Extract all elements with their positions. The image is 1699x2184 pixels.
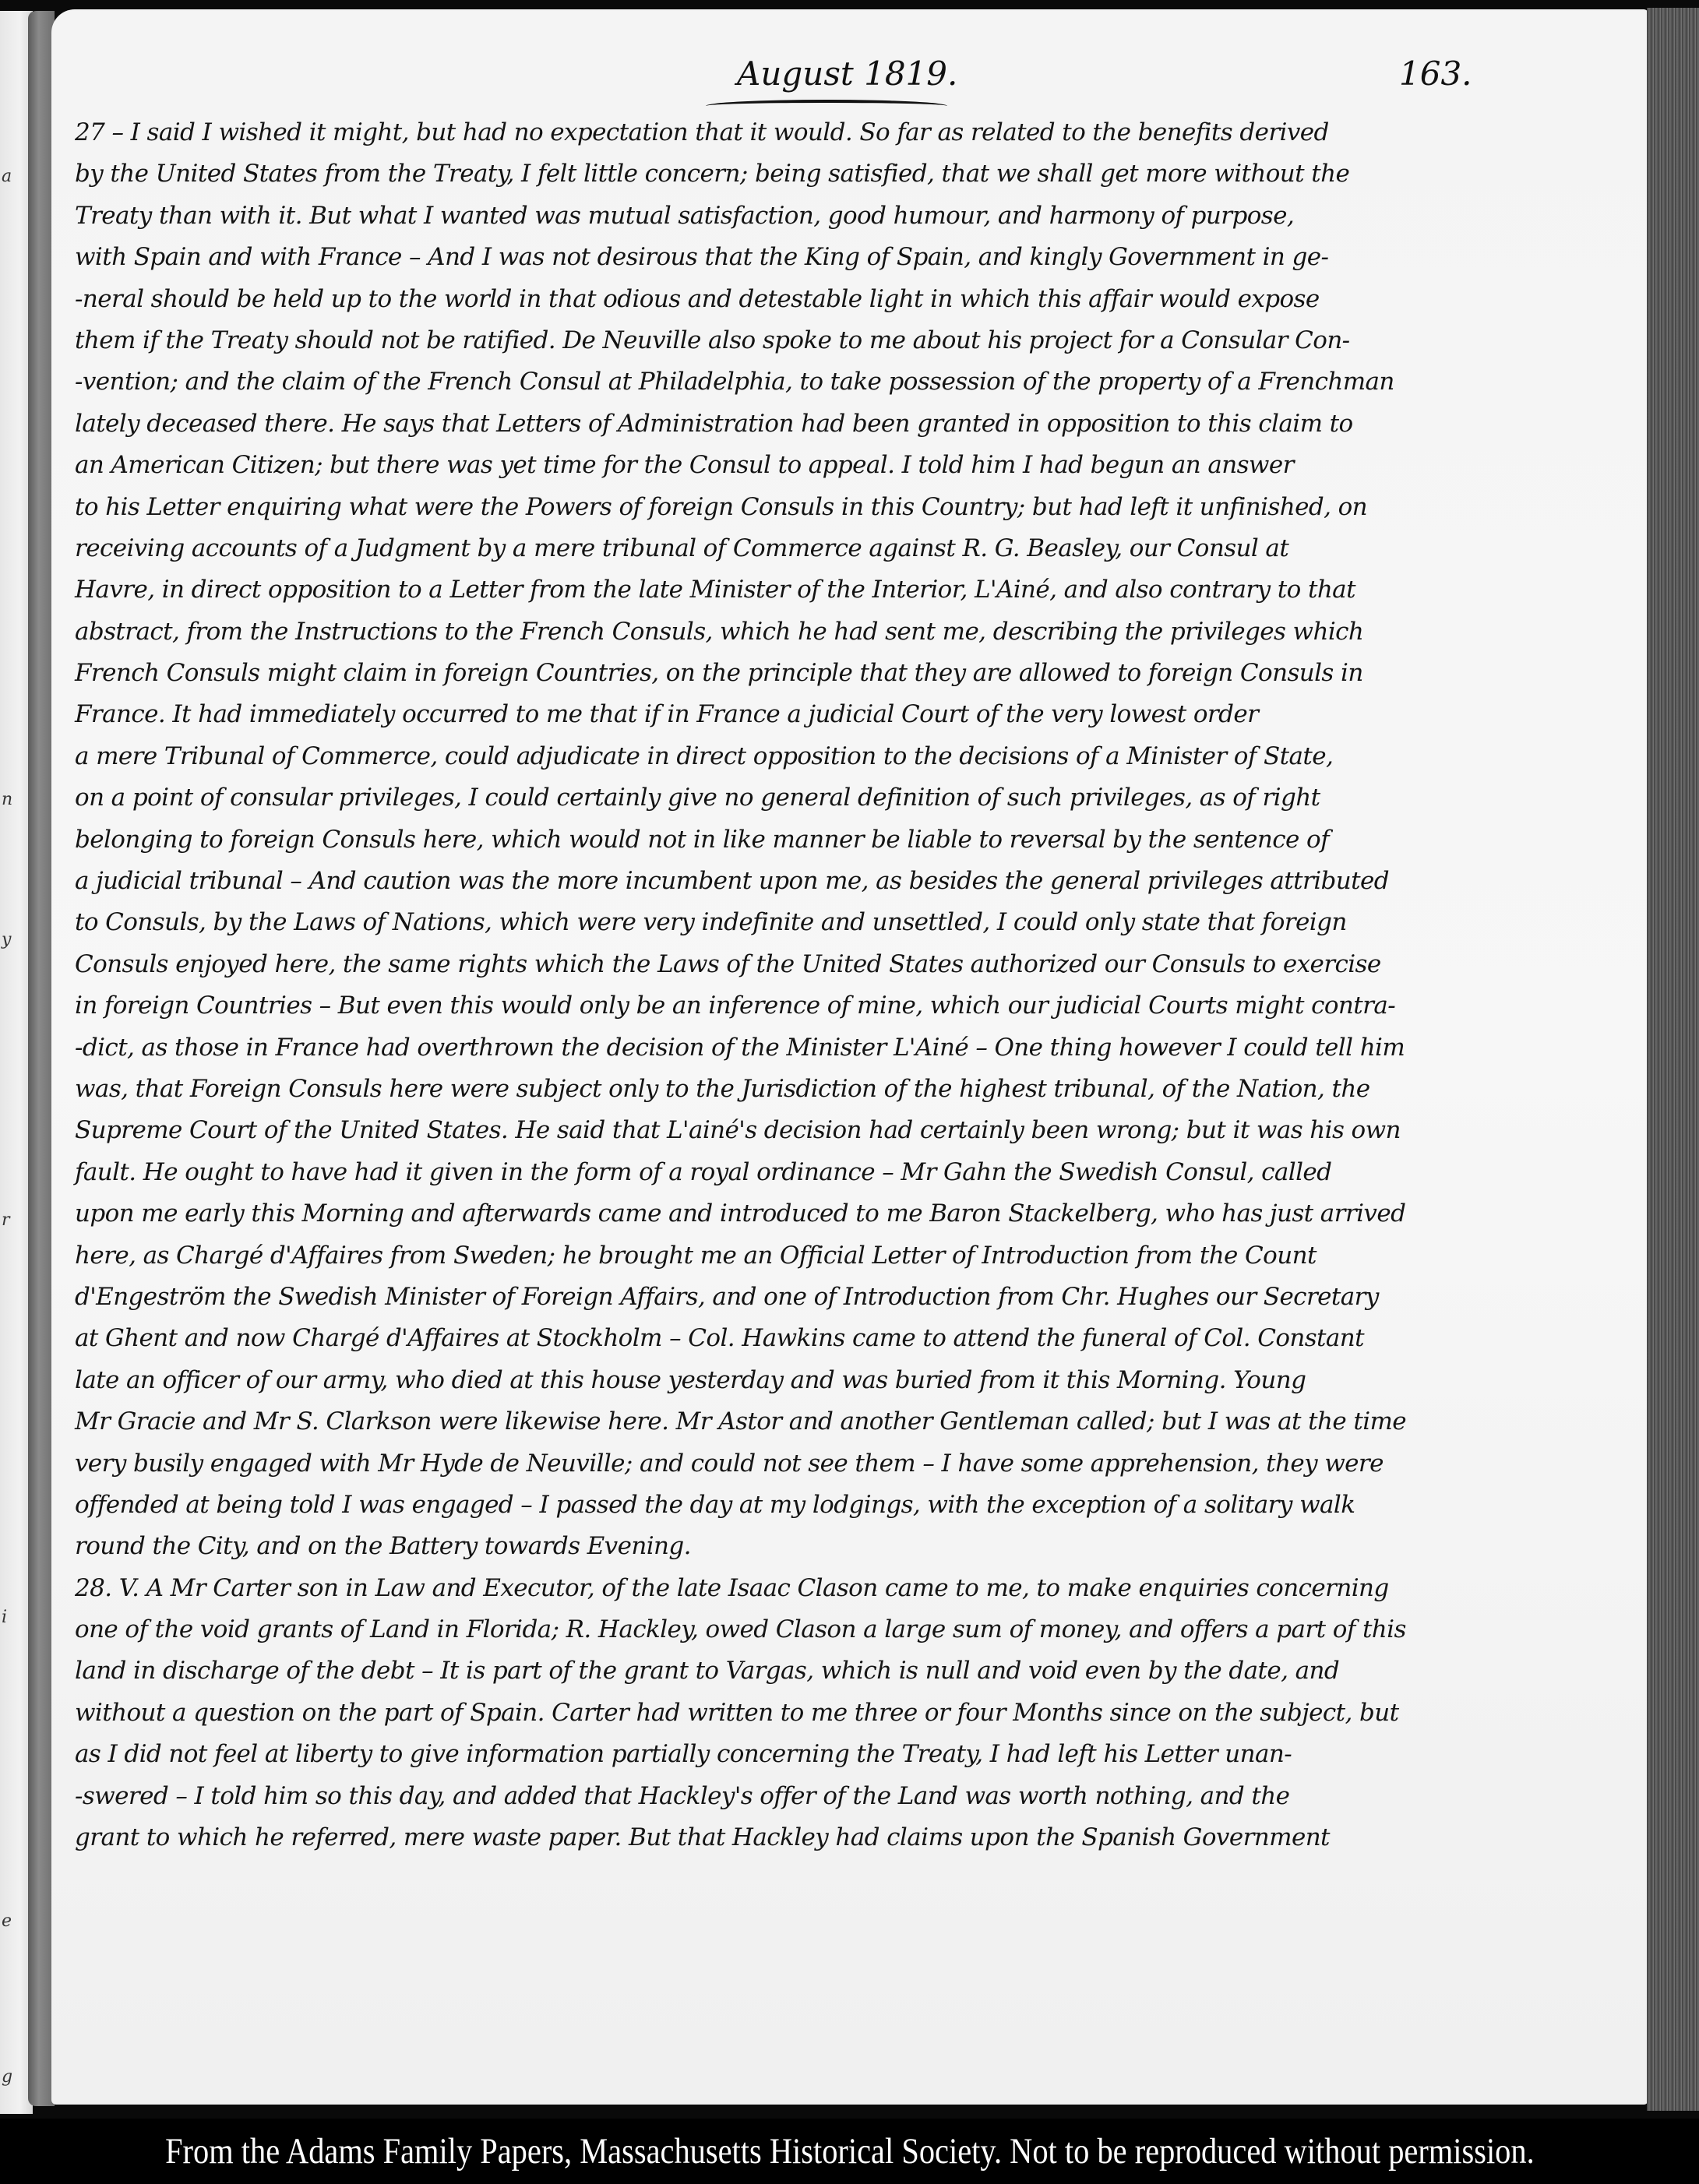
page-header: August 1819. 163. <box>51 55 1648 109</box>
margin-fragment: y <box>2 930 11 949</box>
text-line: Mr Gracie and Mr S. Clarkson were likewi… <box>75 1401 1633 1442</box>
text-line: Consuls enjoyed here, the same rights wh… <box>75 944 1633 985</box>
text-line: was, that Foreign Consuls here were subj… <box>75 1069 1633 1110</box>
margin-fragment: i <box>2 1608 7 1627</box>
text-line: offended at being told I was engaged – I… <box>75 1485 1633 1526</box>
text-line: on a point of consular privileges, I cou… <box>75 777 1633 819</box>
text-line: lately deceased there. He says that Lett… <box>75 403 1633 445</box>
text-line: at Ghent and now Chargé d'Affaires at St… <box>75 1318 1633 1359</box>
text-line: in foreign Countries – But even this wou… <box>75 985 1633 1027</box>
text-line: abstract, from the Instructions to the F… <box>75 611 1633 653</box>
text-line: upon me early this Morning and afterward… <box>75 1193 1633 1235</box>
manuscript-scan: a n y r i e g August 1819. 163. 27 – I s… <box>0 0 1699 2119</box>
text-line: a mere Tribunal of Commerce, could adjud… <box>75 736 1633 777</box>
text-line: receiving accounts of a Judgment by a me… <box>75 528 1633 569</box>
text-line: late an officer of our army, who died at… <box>75 1360 1633 1401</box>
page-stack-edge <box>1647 8 1699 2111</box>
text-line: them if the Treaty should not be ratifie… <box>75 320 1633 361</box>
text-line: by the United States from the Treaty, I … <box>75 153 1633 195</box>
text-line: Supreme Court of the United States. He s… <box>75 1110 1633 1151</box>
copyright-caption: From the Adams Family Papers, Massachuse… <box>165 2130 1535 2172</box>
text-line: with Spain and with France – And I was n… <box>75 237 1633 278</box>
text-line: Havre, in direct opposition to a Letter … <box>75 569 1633 611</box>
margin-fragment: g <box>2 2067 12 2087</box>
margin-fragment: n <box>2 790 12 809</box>
text-line: one of the void grants of Land in Florid… <box>75 1609 1633 1650</box>
text-line: -vention; and the claim of the French Co… <box>75 361 1633 403</box>
margin-fragment: r <box>2 1210 10 1230</box>
text-line: here, as Chargé d'Affaires from Sweden; … <box>75 1235 1633 1277</box>
text-line: d'Engeström the Swedish Minister of Fore… <box>75 1277 1633 1318</box>
text-line: an American Citizen; but there was yet t… <box>75 445 1633 486</box>
text-line: -swered – I told him so this day, and ad… <box>75 1776 1633 1817</box>
text-line: grant to which he referred, mere waste p… <box>75 1817 1633 1858</box>
text-line: France. It had immediately occurred to m… <box>75 694 1633 735</box>
page-number: 163. <box>1399 55 1472 93</box>
margin-fragment: a <box>2 167 12 186</box>
text-line: a judicial tribunal – And caution was th… <box>75 861 1633 902</box>
text-line: very busily engaged with Mr Hyde de Neuv… <box>75 1443 1633 1485</box>
text-line: -neral should be held up to the world in… <box>75 279 1633 320</box>
text-line: -dict, as those in France had overthrown… <box>75 1027 1633 1069</box>
copyright-caption-bar: From the Adams Family Papers, Massachuse… <box>0 2119 1699 2184</box>
text-line: without a question on the part of Spain.… <box>75 1693 1633 1734</box>
text-line: Treaty than with it. But what I wanted w… <box>75 196 1633 237</box>
date-underline-flourish <box>706 100 947 112</box>
text-line: French Consuls might claim in foreign Co… <box>75 653 1633 694</box>
text-line-entry-27: 27 – I said I wished it might, but had n… <box>75 112 1633 153</box>
book-gutter <box>28 11 55 2106</box>
manuscript-text: 27 – I said I wished it might, but had n… <box>75 112 1633 1858</box>
page-date-heading: August 1819. <box>737 55 957 93</box>
text-line: to Consuls, by the Laws of Nations, whic… <box>75 902 1633 943</box>
text-line: fault. He ought to have had it given in … <box>75 1152 1633 1193</box>
text-line: belonging to foreign Consuls here, which… <box>75 819 1633 861</box>
text-line: to his Letter enquiring what were the Po… <box>75 487 1633 528</box>
text-line-entry-28: 28. V. A Mr Carter son in Law and Execut… <box>75 1568 1633 1609</box>
diary-page: August 1819. 163. 27 – I said I wished i… <box>51 9 1648 2105</box>
text-line: round the City, and on the Battery towar… <box>75 1526 1633 1567</box>
margin-fragment: e <box>2 1911 12 1931</box>
text-line: land in discharge of the debt – It is pa… <box>75 1650 1633 1692</box>
text-line: as I did not feel at liberty to give inf… <box>75 1734 1633 1775</box>
